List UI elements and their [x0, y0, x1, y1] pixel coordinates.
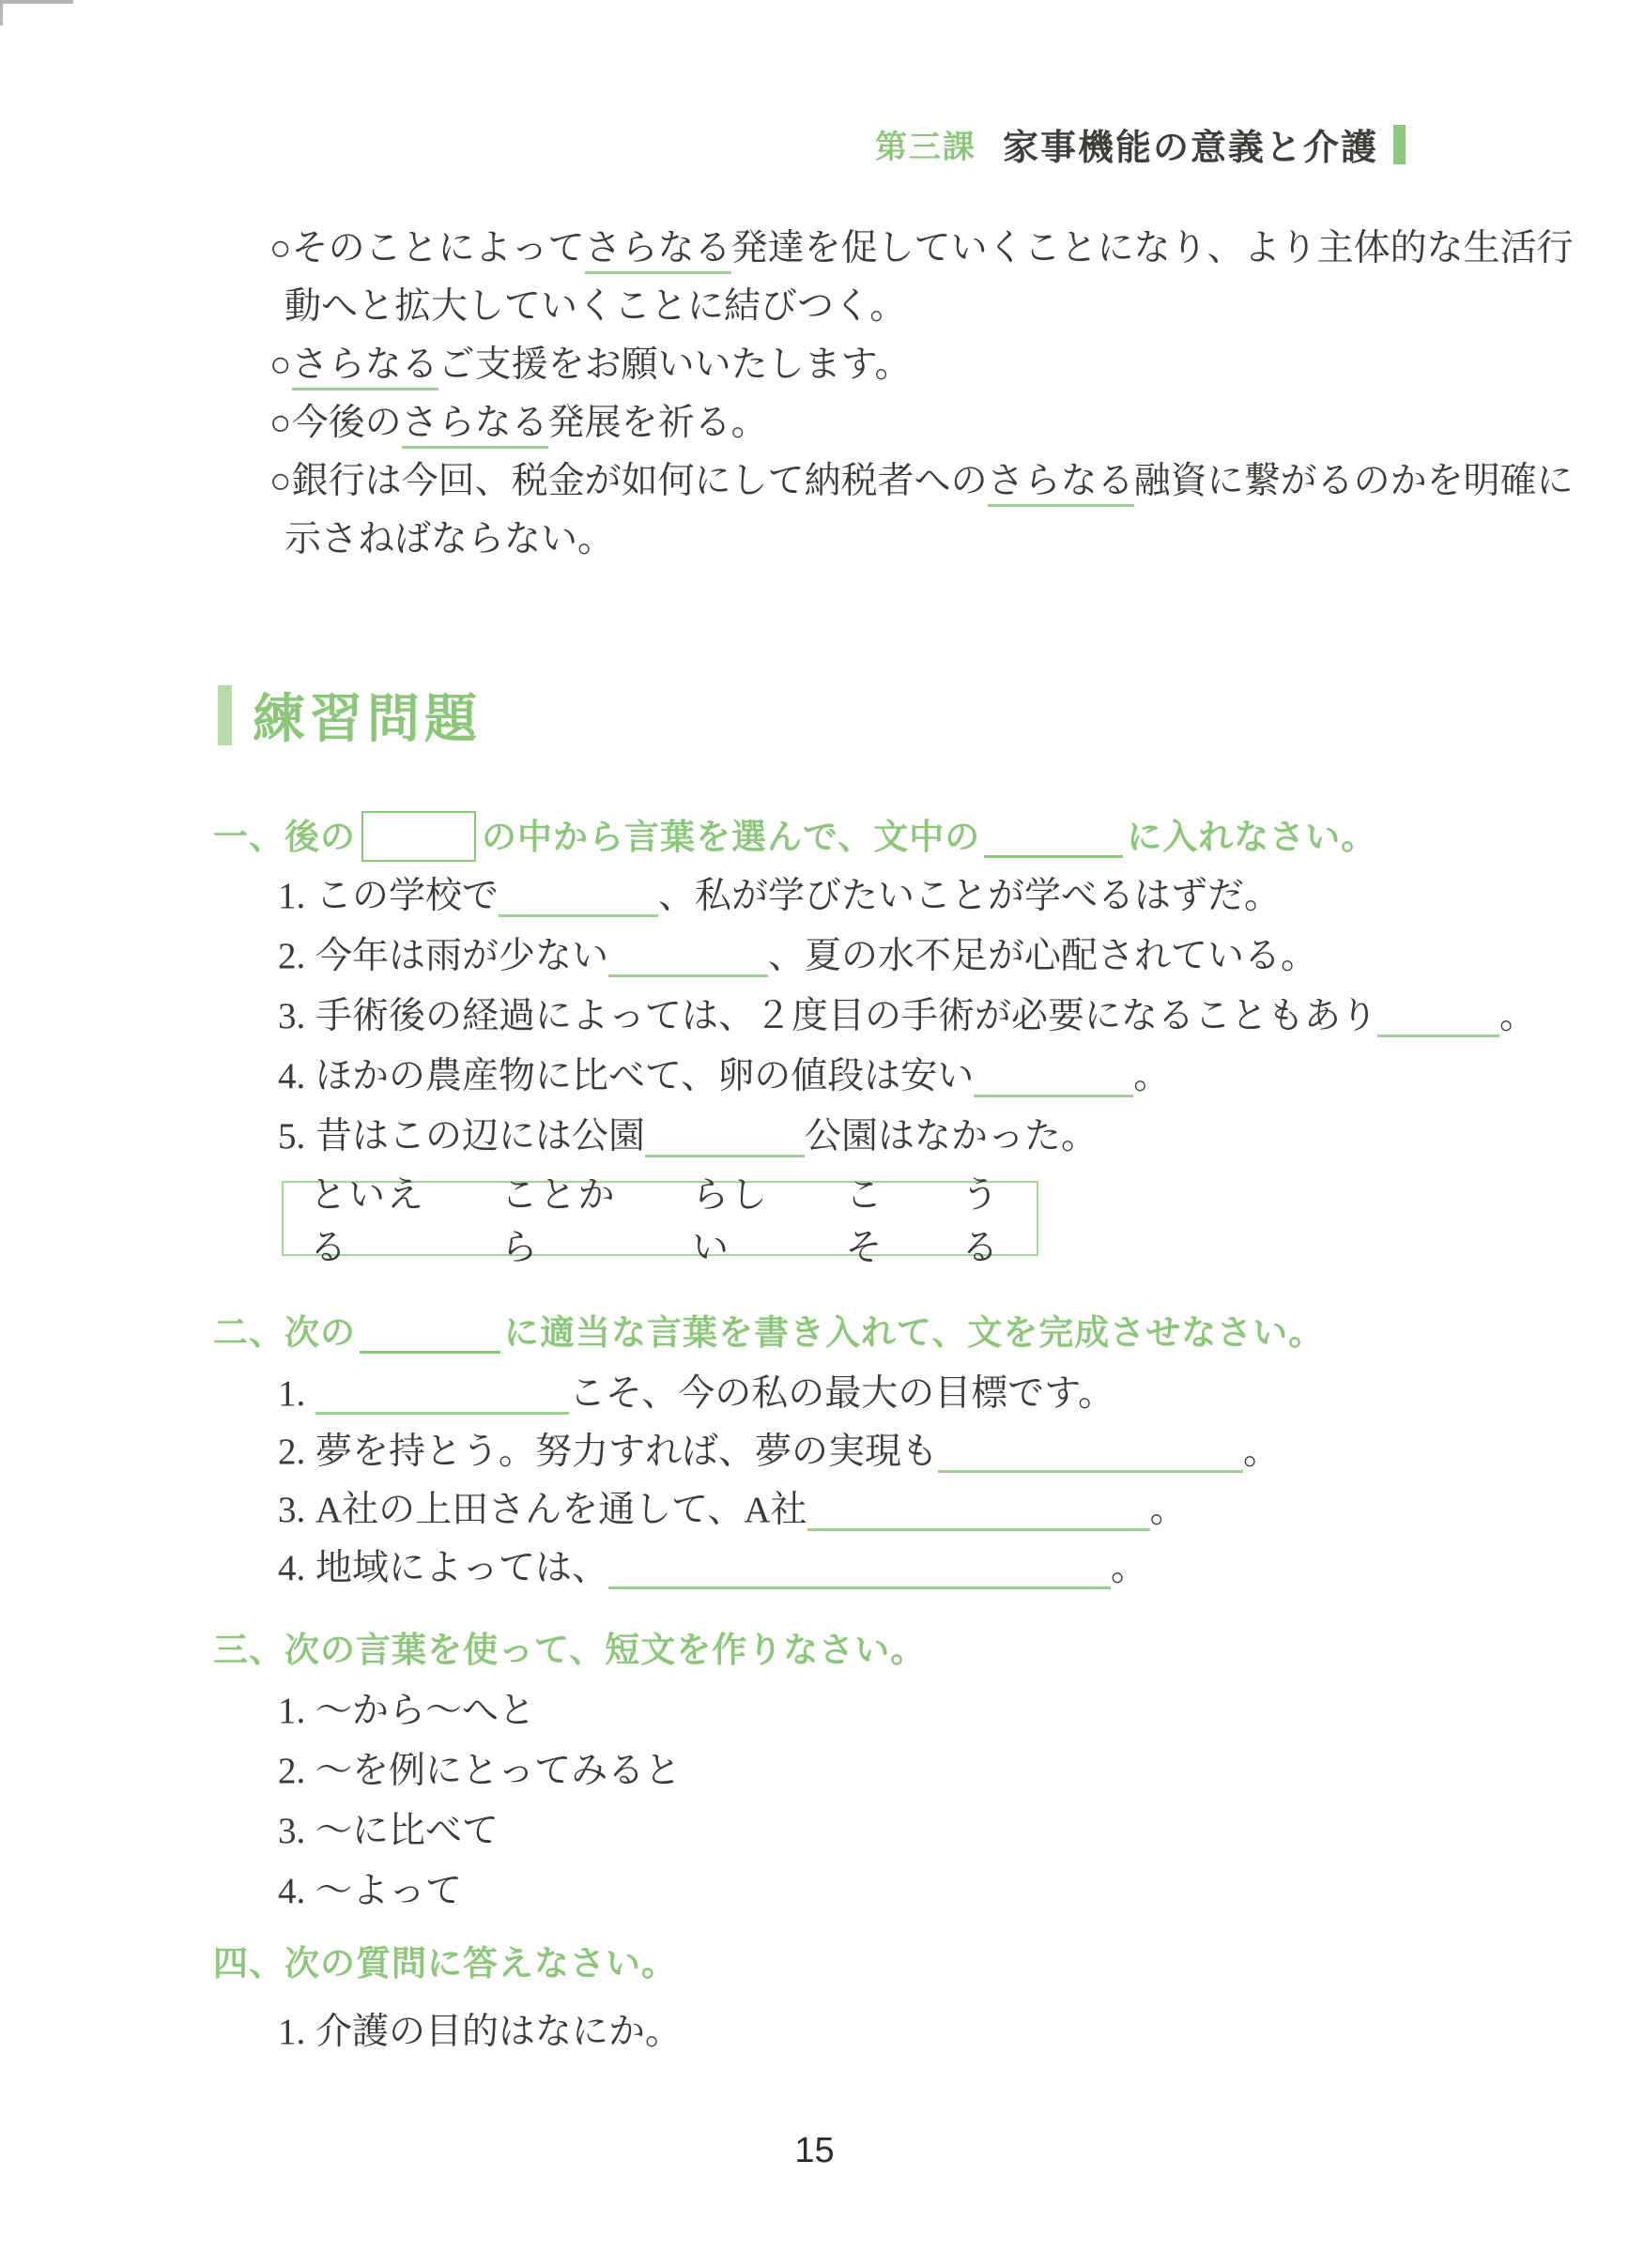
- example-sentence-1-continuation: 動へと拡大していくことに結びつく。: [269, 280, 1574, 338]
- item-text: ほかの農産物に比べて、卵の値段は安い: [315, 1056, 974, 1096]
- item-number: 2.: [278, 933, 315, 980]
- fill-in-blank: [315, 1406, 569, 1415]
- exercise2-item-2: 2.夢を持とう。努力すれば、夢の実現も。: [278, 1429, 1280, 1476]
- section-heading: 練習問題: [218, 678, 482, 753]
- underlined-word: さらなる: [585, 228, 731, 274]
- scan-artifact-top-edge: [0, 0, 73, 4]
- page-header: 第三課 家事機能の意義と介護: [875, 118, 1406, 170]
- exercise1-item-4: 4.ほかの農産物に比べて、卵の値段は安い。: [278, 1053, 1170, 1100]
- exercise2-item-3: 3.A社の上田さんを通して、A社。: [278, 1487, 1187, 1534]
- item-text: 〜を例にとってみると: [315, 1751, 681, 1791]
- item-number: 1.: [278, 2009, 315, 2056]
- section-green-bar: [218, 685, 232, 745]
- item-text: A社の上田さんを通して、A社: [315, 1490, 807, 1530]
- item-number: 1.: [278, 1371, 315, 1417]
- heading-text: 一、後の: [213, 818, 356, 856]
- item-text: 、私が学びたいことが学べるはずだ。: [658, 876, 1281, 916]
- item-text: 地域によっては、: [315, 1548, 608, 1588]
- item-number: 3.: [278, 1487, 315, 1534]
- item-text: 夢を持とう。努力すれば、夢の実現も: [315, 1432, 938, 1472]
- sentence-text: そのことによって: [292, 228, 585, 268]
- item-number: 4.: [278, 1868, 315, 1915]
- sentence-text: 融資に繋がるのかを明確に: [1134, 461, 1574, 501]
- example-sentence-4: ○銀行は今回、税金が如何にして納税者へのさらなる融資に繋がるのかを明確に: [269, 454, 1574, 513]
- item-text: 昔はこの辺には公園: [315, 1116, 645, 1157]
- item-text: 。: [1243, 1432, 1280, 1472]
- circle-bullet: ○: [269, 345, 292, 385]
- item-number: 3.: [278, 993, 315, 1040]
- item-number: 2.: [278, 1748, 315, 1795]
- heading-text: の中から言葉を選んで、文中の: [482, 818, 980, 856]
- exercise2-item-4: 4.地域によっては、。: [278, 1545, 1147, 1592]
- exercise3-heading: 三、次の言葉を使って、短文を作りなさい。: [213, 1626, 926, 1675]
- item-text: 〜に比べて: [315, 1811, 499, 1851]
- example-sentences: ○そのことによってさらなる発達を促していくことになり、より主体的な生活行 動へと…: [269, 222, 1574, 571]
- item-text: こそ、今の私の最大の目標です。: [569, 1373, 1114, 1414]
- item-text: 〜よって: [315, 1871, 462, 1911]
- sentence-text: ご支援をお願いいたします。: [438, 345, 912, 385]
- item-text: 介護の目的はなにか。: [315, 2012, 682, 2052]
- underlined-word: さらなる: [292, 345, 438, 391]
- exercise4-item-1: 1.介護の目的はなにか。: [278, 2009, 682, 2056]
- fill-in-blank: [499, 909, 658, 917]
- fill-in-blank: [807, 1523, 1150, 1531]
- item-number: 4.: [278, 1545, 315, 1592]
- textbook-page: 第三課 家事機能の意義と介護 ○そのことによってさらなる発達を促していくことにな…: [0, 0, 1629, 2268]
- item-number: 5.: [278, 1113, 315, 1160]
- example-sentence-3: ○今後のさらなる発展を祈る。: [269, 396, 1574, 454]
- exercise4-heading: 四、次の質問に答えなさい。: [213, 1939, 677, 1988]
- exercise3-item-3: 3.〜に比べて: [278, 1808, 499, 1855]
- item-text: この学校で: [315, 876, 499, 916]
- fill-in-blank: [608, 969, 768, 977]
- fill-in-blank: [645, 1149, 805, 1157]
- item-text: 今年は雨が少ない: [315, 936, 608, 976]
- item-number: 3.: [278, 1808, 315, 1855]
- heading-text: に適当な言葉を書き入れて、文を完成させなさい。: [504, 1313, 1324, 1352]
- item-text: 手術後の経過によっては、２度目の手術が必要になることもあり: [315, 996, 1377, 1036]
- fill-in-blank: [974, 1089, 1133, 1097]
- item-text: 〜から〜へと: [315, 1691, 535, 1731]
- underlined-word: さらなる: [402, 403, 548, 449]
- exercise2-heading: 二、次のに適当な言葉を書き入れて、文を完成させなさい。: [213, 1309, 1324, 1357]
- section-title: 練習問題: [253, 678, 482, 753]
- item-text: 。: [1133, 1056, 1170, 1096]
- exercise1-item-2: 2.今年は雨が少ない、夏の水不足が心配されている。: [278, 933, 1317, 980]
- fill-in-blank: [1377, 1029, 1499, 1037]
- heading-blank: [360, 1347, 500, 1354]
- exercise1-item-1: 1.この学校で、私が学びたいことが学べるはずだ。: [278, 873, 1281, 920]
- circle-bullet: ○: [269, 461, 292, 501]
- heading-text: に入れなさい。: [1127, 818, 1376, 856]
- item-number: 2.: [278, 1429, 315, 1476]
- word-bank-word: らしい: [692, 1166, 805, 1271]
- header-green-bar: [1393, 125, 1406, 164]
- fill-in-blank: [608, 1581, 1111, 1589]
- word-bank-word: うる: [961, 1166, 1037, 1271]
- item-text: 公園はなかった。: [805, 1116, 1098, 1157]
- item-number: 4.: [278, 1053, 315, 1100]
- scan-artifact-left-edge: [0, 0, 3, 25]
- chapter-title: 家事機能の意義と介護: [1003, 118, 1378, 170]
- circle-bullet: ○: [269, 228, 292, 268]
- heading-text: 二、次の: [213, 1313, 356, 1352]
- sentence-text: 発展を祈る。: [548, 403, 768, 443]
- exercise1-item-3: 3.手術後の経過によっては、２度目の手術が必要になることもあり。: [278, 993, 1536, 1040]
- fill-in-blank: [938, 1464, 1243, 1473]
- word-bank-word: といえる: [310, 1166, 459, 1271]
- answer-box-outline: [361, 811, 476, 862]
- sentence-text: 今後の: [292, 403, 402, 443]
- item-number: 1.: [278, 1688, 315, 1735]
- page-number: 15: [0, 2131, 1629, 2171]
- example-sentence-4-continuation: 示さねばならない。: [269, 513, 1574, 571]
- exercise1-item-5: 5.昔はこの辺には公園公園はなかった。: [278, 1113, 1098, 1160]
- item-text: 。: [1150, 1490, 1187, 1530]
- exercise1-heading: 一、後のの中から言葉を選んで、文中のに入れなさい。: [213, 811, 1376, 867]
- item-text: 、夏の水不足が心配されている。: [768, 936, 1317, 976]
- lesson-label: 第三課: [875, 121, 976, 167]
- item-number: 1.: [278, 873, 315, 920]
- exercise3-item-2: 2.〜を例にとってみると: [278, 1748, 681, 1795]
- exercise3-item-4: 4.〜よって: [278, 1868, 462, 1915]
- item-text: 。: [1499, 996, 1536, 1036]
- example-sentence-2: ○さらなるご支援をお願いいたします。: [269, 338, 1574, 396]
- word-bank-box: といえる ことから らしい こそ うる: [282, 1181, 1038, 1256]
- sentence-text: 発達を促していくことになり、より主体的な生活行: [731, 228, 1574, 268]
- sentence-text: 銀行は今回、税金が如何にして納税者への: [292, 461, 988, 501]
- word-bank-word: こそ: [846, 1166, 921, 1271]
- word-bank-word: ことから: [500, 1166, 650, 1271]
- exercise3-item-1: 1.〜から〜へと: [278, 1688, 535, 1735]
- underlined-word: さらなる: [988, 461, 1134, 507]
- circle-bullet: ○: [269, 403, 292, 443]
- exercise2-item-1: 1.こそ、今の私の最大の目標です。: [278, 1371, 1114, 1417]
- item-text: 。: [1111, 1548, 1147, 1588]
- example-sentence-1: ○そのことによってさらなる発達を促していくことになり、より主体的な生活行: [269, 222, 1574, 280]
- heading-blank: [984, 851, 1123, 858]
